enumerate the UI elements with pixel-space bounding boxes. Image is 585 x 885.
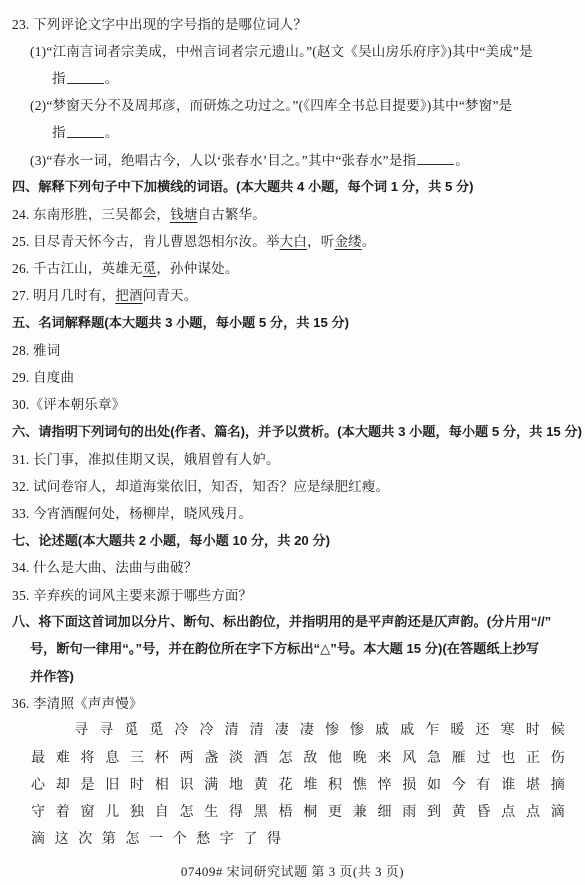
text-segment: 自古繁华。 [197,203,266,223]
text-segment: 指 [52,67,66,87]
poem-char: 戚 [400,719,414,739]
poem-char: 淡 [229,747,243,767]
section-header: 七、论述题(本大题共 2 小题，每小题 10 分，共 20 分) [0,526,585,553]
poem-char: 乍 [425,719,439,739]
poem-char: 难 [56,747,70,767]
poem-char: 细 [378,801,392,821]
text-segment: 25. 目尽青天怀今古，肯儿曹恩怨相尔汝。举 [12,230,280,250]
poem-char: 清 [250,719,264,739]
text-segment: (2)“梦窗天分不及周邦彦，而研炼之功过之。”(《四库全书总目提要》)其中“梦窗… [30,94,512,114]
fill-in-blank [417,152,454,166]
question-line: 24. 东南形胜，三吴都会，钱塘自古繁华。 [0,199,585,226]
question-line: 33. 今宵酒醒何处，杨柳岸，晓风残月。 [0,498,585,525]
poem-char: 滴 [31,828,45,848]
poem-char: 觅 [149,719,163,739]
poem-char: 正 [526,747,540,767]
text-segment: 26. 千古江山，英雄无 [12,257,143,277]
question-line: 34. 什么是大曲、法曲与曲破？ [0,553,585,580]
question-line: 指。 [0,63,585,90]
poem-char: 三 [130,747,144,767]
question-line: (3)“春水一词，绝唱古今，人以‘张春水’目之。”其中“张春水”是指。 [0,145,585,172]
question-line: 23. 下列评论文字中出现的字号指的是哪位词人？ [0,9,585,36]
text-segment: 。 [455,149,469,169]
question-line: 指。 [0,118,585,145]
text-segment: 六、请指明下列词句的出处(作者、篇名)，并予以赏析。(本大题共 3 小题，每小题… [12,421,582,440]
poem-char: 雨 [402,801,416,821]
poem-char: 敌 [303,747,317,767]
underlined-term: 钱塘 [170,203,197,223]
text-segment: 。 [105,67,119,87]
text-segment: 31. 长门事，准拟佳期又误，娥眉曾有人妒。 [12,448,280,468]
poem-char: 窗 [81,801,95,821]
poem-char: 寒 [501,719,515,739]
poem-char: 心 [31,774,45,794]
poem-char: 黄 [452,801,466,821]
text-segment: ，孙仲谋处。 [156,257,238,277]
text-segment: 30.《评本朝乐章》 [12,393,125,413]
poem-line: 最难将息三杯两盏淡酒怎敌他晚来风急雁过也正伤 [31,743,565,770]
poem-char: 将 [81,747,95,767]
poem-char: 冷 [199,719,213,739]
poem-char: 憔 [353,774,367,794]
question-line: 30.《评本朝乐章》 [0,390,585,417]
poem-char: 兼 [353,801,367,821]
poem-char: 最 [31,747,45,767]
poem-line: 守着窗儿独自怎生得黑梧桐更兼细雨到黄昏点点滴 [31,797,565,824]
text-segment: 33. 今宵酒醒何处，杨柳岸，晓风残月。 [12,502,252,522]
text-segment: 23. 下列评论文字中出现的字号指的是哪位词人？ [12,13,307,33]
poem-char: 了 [243,828,257,848]
fill-in-blank [67,124,104,138]
poem-char: 梧 [279,801,293,821]
text-segment: 并作答) [30,666,74,685]
text-segment: 24. 东南形胜，三吴都会， [12,203,170,223]
exam-body: 23. 下列评论文字中出现的字号指的是哪位词人？(1)“江南言词者宗美成，中州言… [0,9,585,852]
poem-char: 时 [130,774,144,794]
poem-char: 怎 [180,801,194,821]
section-header: 五、名词解释题(本大题共 3 小题，每小题 5 分，共 15 分) [0,308,585,335]
poem-char: 相 [155,774,169,794]
question-line: 26. 千古江山，英雄无觅，孙仲谋处。 [0,254,585,281]
text-segment: 35. 辛弃疾的词风主要来源于哪些方面？ [12,584,252,604]
exam-page: 23. 下列评论文字中出现的字号指的是哪位词人？(1)“江南言词者宗美成，中州言… [0,0,585,885]
poem-char: 堆 [303,774,317,794]
text-segment: 27. 明月几时有， [12,284,115,304]
poem-char: 怎 [279,747,293,767]
poem-line: 滴这次第怎一个愁字了得 [31,825,585,852]
text-segment: 八、将下面这首词加以分片、断句、标出韵位，并指明用的是平声韵还是仄声韵。(分片用… [12,611,551,630]
question-line: 28. 雅词 [0,335,585,362]
poem-char: 地 [229,774,243,794]
text-segment: 七、论述题(本大题共 2 小题，每小题 10 分，共 20 分) [12,530,330,549]
poem-char: 凄 [300,719,314,739]
poem-char: 字 [220,828,234,848]
poem-char: 摘 [551,774,565,794]
text-segment: 五、名词解释题(本大题共 3 小题，每小题 5 分，共 15 分) [12,312,349,331]
text-segment: 。 [362,230,376,250]
poem-char: 他 [328,747,342,767]
question-line: 27. 明月几时有，把酒问青天。 [0,281,585,308]
text-segment: 34. 什么是大曲、法曲与曲破？ [12,556,197,576]
poem-char: 怎 [125,828,139,848]
poem-char: 凄 [275,719,289,739]
poem-char: 这 [55,828,69,848]
text-segment: 。 [105,121,119,141]
poem-char: 清 [225,719,239,739]
poem-char: 一 [149,828,163,848]
poem-char: 更 [328,801,342,821]
text-segment: 指 [52,121,66,141]
poem-char: 昏 [477,801,491,821]
poem-char: 还 [476,719,490,739]
question-line: 32. 试问卷帘人，却道海棠依旧，知否，知否？应是绿肥红瘦。 [0,471,585,498]
poem-char: 儿 [105,801,119,821]
underlined-term: 大白 [280,230,307,250]
section-header: 并作答) [0,662,585,689]
poem-char: 堪 [526,774,540,794]
page-footer: 07409# 宋词研究试题 第 3 页(共 3 页) [0,861,585,880]
question-line: 35. 辛弃疾的词风主要来源于哪些方面？ [0,580,585,607]
poem-char: 时 [526,719,540,739]
poem-char: 黑 [254,801,268,821]
poem-char: 过 [477,747,491,767]
poem-char: 是 [81,774,95,794]
section-header: 六、请指明下列词句的出处(作者、篇名)，并予以赏析。(本大题共 3 小题，每小题… [0,417,585,444]
poem-char: 冷 [174,719,188,739]
underlined-term: 觅 [143,257,157,277]
poem-char: 寻 [74,719,88,739]
poem-char: 旧 [105,774,119,794]
underlined-term: 金缕 [334,230,361,250]
poem-char: 到 [427,801,441,821]
poem-char: 今 [452,774,466,794]
question-line: (1)“江南言词者宗美成，中州言词者宗元遗山。”(赵文《吴山房乐府序》)其中“美… [0,36,585,63]
poem-char: 盏 [204,747,218,767]
poem-char: 着 [56,801,70,821]
underlined-term: 把酒 [115,284,142,304]
text-segment: 问青天。 [143,284,198,304]
poem-char: 晚 [353,747,367,767]
poem-char: 悴 [378,774,392,794]
poem-char: 点 [526,801,540,821]
question-line: 25. 目尽青天怀今古，肯儿曹恩怨相尔汝。举大白，听金缕。 [0,227,585,254]
poem-char: 独 [130,801,144,821]
fill-in-blank [67,70,104,84]
poem-char: 谁 [501,774,515,794]
poem-char: 守 [31,801,45,821]
poem-char: 急 [427,747,441,767]
text-segment: (3)“春水一词，绝唱古今，人以‘张春水’目之。”其中“张春水”是指 [30,149,416,169]
poem-char: 愁 [196,828,210,848]
question-line: 36. 李清照《声声慢》 [0,689,585,716]
text-segment: 36. 李清照《声声慢》 [12,692,143,712]
section-header: 八、将下面这首词加以分片、断句、标出韵位，并指明用的是平声韵还是仄声韵。(分片用… [0,607,585,634]
poem-char: 杯 [155,747,169,767]
poem-char: 积 [328,774,342,794]
poem-char: 风 [402,747,416,767]
poem-char: 黄 [254,774,268,794]
question-line: (2)“梦窗天分不及周邦彦，而研炼之功过之。”(《四库全书总目提要》)其中“梦窗… [0,91,585,118]
poem-char: 惨 [350,719,364,739]
text-segment: (1)“江南言词者宗美成，中州言词者宗元遗山。”(赵文《吴山房乐府序》)其中“美… [30,40,533,60]
poem-char: 暖 [450,719,464,739]
poem-char: 觅 [124,719,138,739]
poem-char: 却 [56,774,70,794]
poem-char: 第 [102,828,116,848]
poem-char: 点 [501,801,515,821]
question-line: 29. 自度曲 [0,362,585,389]
poem-char: 生 [204,801,218,821]
poem-char: 息 [105,747,119,767]
poem-char: 得 [267,828,281,848]
text-segment: 29. 自度曲 [12,366,74,386]
poem-char: 桐 [303,801,317,821]
section-header: 号，断句一律用“。”号，并在韵位所在字下方标出“△”号。本大题 15 分)(在答… [0,634,585,661]
poem-char: 识 [180,774,194,794]
poem-char: 有 [477,774,491,794]
poem-char: 花 [279,774,293,794]
poem-char: 酒 [254,747,268,767]
poem-char: 也 [501,747,515,767]
text-segment: 32. 试问卷帘人，却道海棠依旧，知否，知否？应是绿肥红瘦。 [12,475,389,495]
poem-char: 戚 [375,719,389,739]
poem-char: 候 [551,719,565,739]
poem-char: 损 [402,774,416,794]
text-segment: 号，断句一律用“。”号，并在韵位所在字下方标出“△”号。本大题 15 分)(在答… [30,638,539,657]
question-line: 31. 长门事，准拟佳期又误，娥眉曾有人妒。 [0,444,585,471]
section-header: 四、解释下列句子中下加横线的词语。(本大题共 4 小题，每个词 1 分，共 5 … [0,172,585,199]
text-segment: 四、解释下列句子中下加横线的词语。(本大题共 4 小题，每个词 1 分，共 5 … [12,176,474,195]
text-segment: ，听 [307,230,334,250]
poem-char: 个 [173,828,187,848]
poem-char: 满 [204,774,218,794]
text-segment: 28. 雅词 [12,339,60,359]
poem-char: 伤 [551,747,565,767]
poem-char: 次 [78,828,92,848]
poem-char: 滴 [551,801,565,821]
poem-char: 来 [378,747,392,767]
poem-char: 得 [229,801,243,821]
poem-line: 心却是旧时相识满地黄花堆积憔悴损如今有谁堪摘 [31,770,565,797]
poem-char: 寻 [99,719,113,739]
poem-line: 寻寻觅觅冷冷清清凄凄惨惨戚戚乍暖还寒时候 [74,716,565,743]
poem-char: 如 [427,774,441,794]
poem-char: 雁 [452,747,466,767]
poem-char: 自 [155,801,169,821]
poem-char: 惨 [325,719,339,739]
poem-char: 两 [180,747,194,767]
